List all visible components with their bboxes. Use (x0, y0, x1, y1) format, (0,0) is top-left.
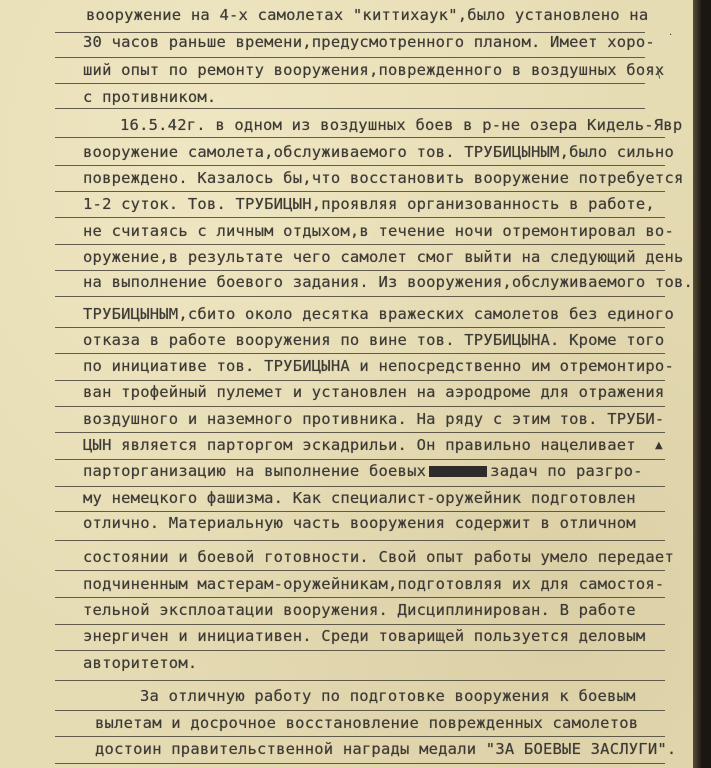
ink-speck: ∖ (655, 70, 661, 81)
underline-rule (55, 380, 665, 381)
text-line: вооружение на 4-х самолетах "киттихаук",… (86, 6, 648, 32)
underline-rule (55, 763, 665, 764)
underline-rule (55, 217, 665, 218)
underline-rule (55, 165, 665, 166)
underline-rule (55, 327, 665, 328)
underline-rule (55, 270, 665, 271)
underline-rule (55, 540, 665, 541)
text-line: отлично. Материальную часть вооружения с… (83, 514, 636, 540)
underline-rule (55, 624, 665, 625)
underline-rule (55, 511, 665, 512)
underline-rule (55, 736, 665, 737)
underline-rule (55, 57, 645, 58)
redacted-word (429, 466, 487, 477)
underline-rule (55, 710, 665, 711)
underline-rule (55, 83, 645, 84)
text-line: авторитетом. (83, 654, 197, 680)
underline-rule (55, 459, 665, 460)
underline-rule (55, 406, 665, 407)
underline-rule (55, 191, 665, 192)
underline-rule (55, 108, 645, 109)
text-line: 16.5.42г. в одном из воздушных боев в р-… (120, 116, 682, 142)
underline-rule (55, 486, 665, 487)
text-segment: задач по разгро- (490, 462, 643, 480)
underline-rule (55, 296, 665, 297)
document-page: вооружение на 4-х самолетах "киттихаук",… (0, 0, 702, 768)
underline-rule (55, 650, 665, 651)
underline-rule (55, 597, 665, 598)
underline-rule (55, 570, 665, 571)
page-edge-shadow (693, 0, 702, 768)
text-segment: парторганизацию на выполнение боевых (83, 462, 426, 480)
underline-rule (55, 244, 665, 245)
text-line: с противником. (83, 88, 216, 114)
text-line: 30 часов раньше времени,предусмотренного… (83, 33, 655, 59)
underline-rule (55, 680, 665, 681)
text-line: парторганизацию на выполнение боевыхзада… (83, 462, 643, 488)
underline-rule (55, 432, 665, 433)
ink-speck: ▲ (655, 440, 663, 451)
ink-speck: · (669, 30, 672, 41)
underline-rule (55, 353, 665, 354)
underline-rule (55, 137, 665, 138)
